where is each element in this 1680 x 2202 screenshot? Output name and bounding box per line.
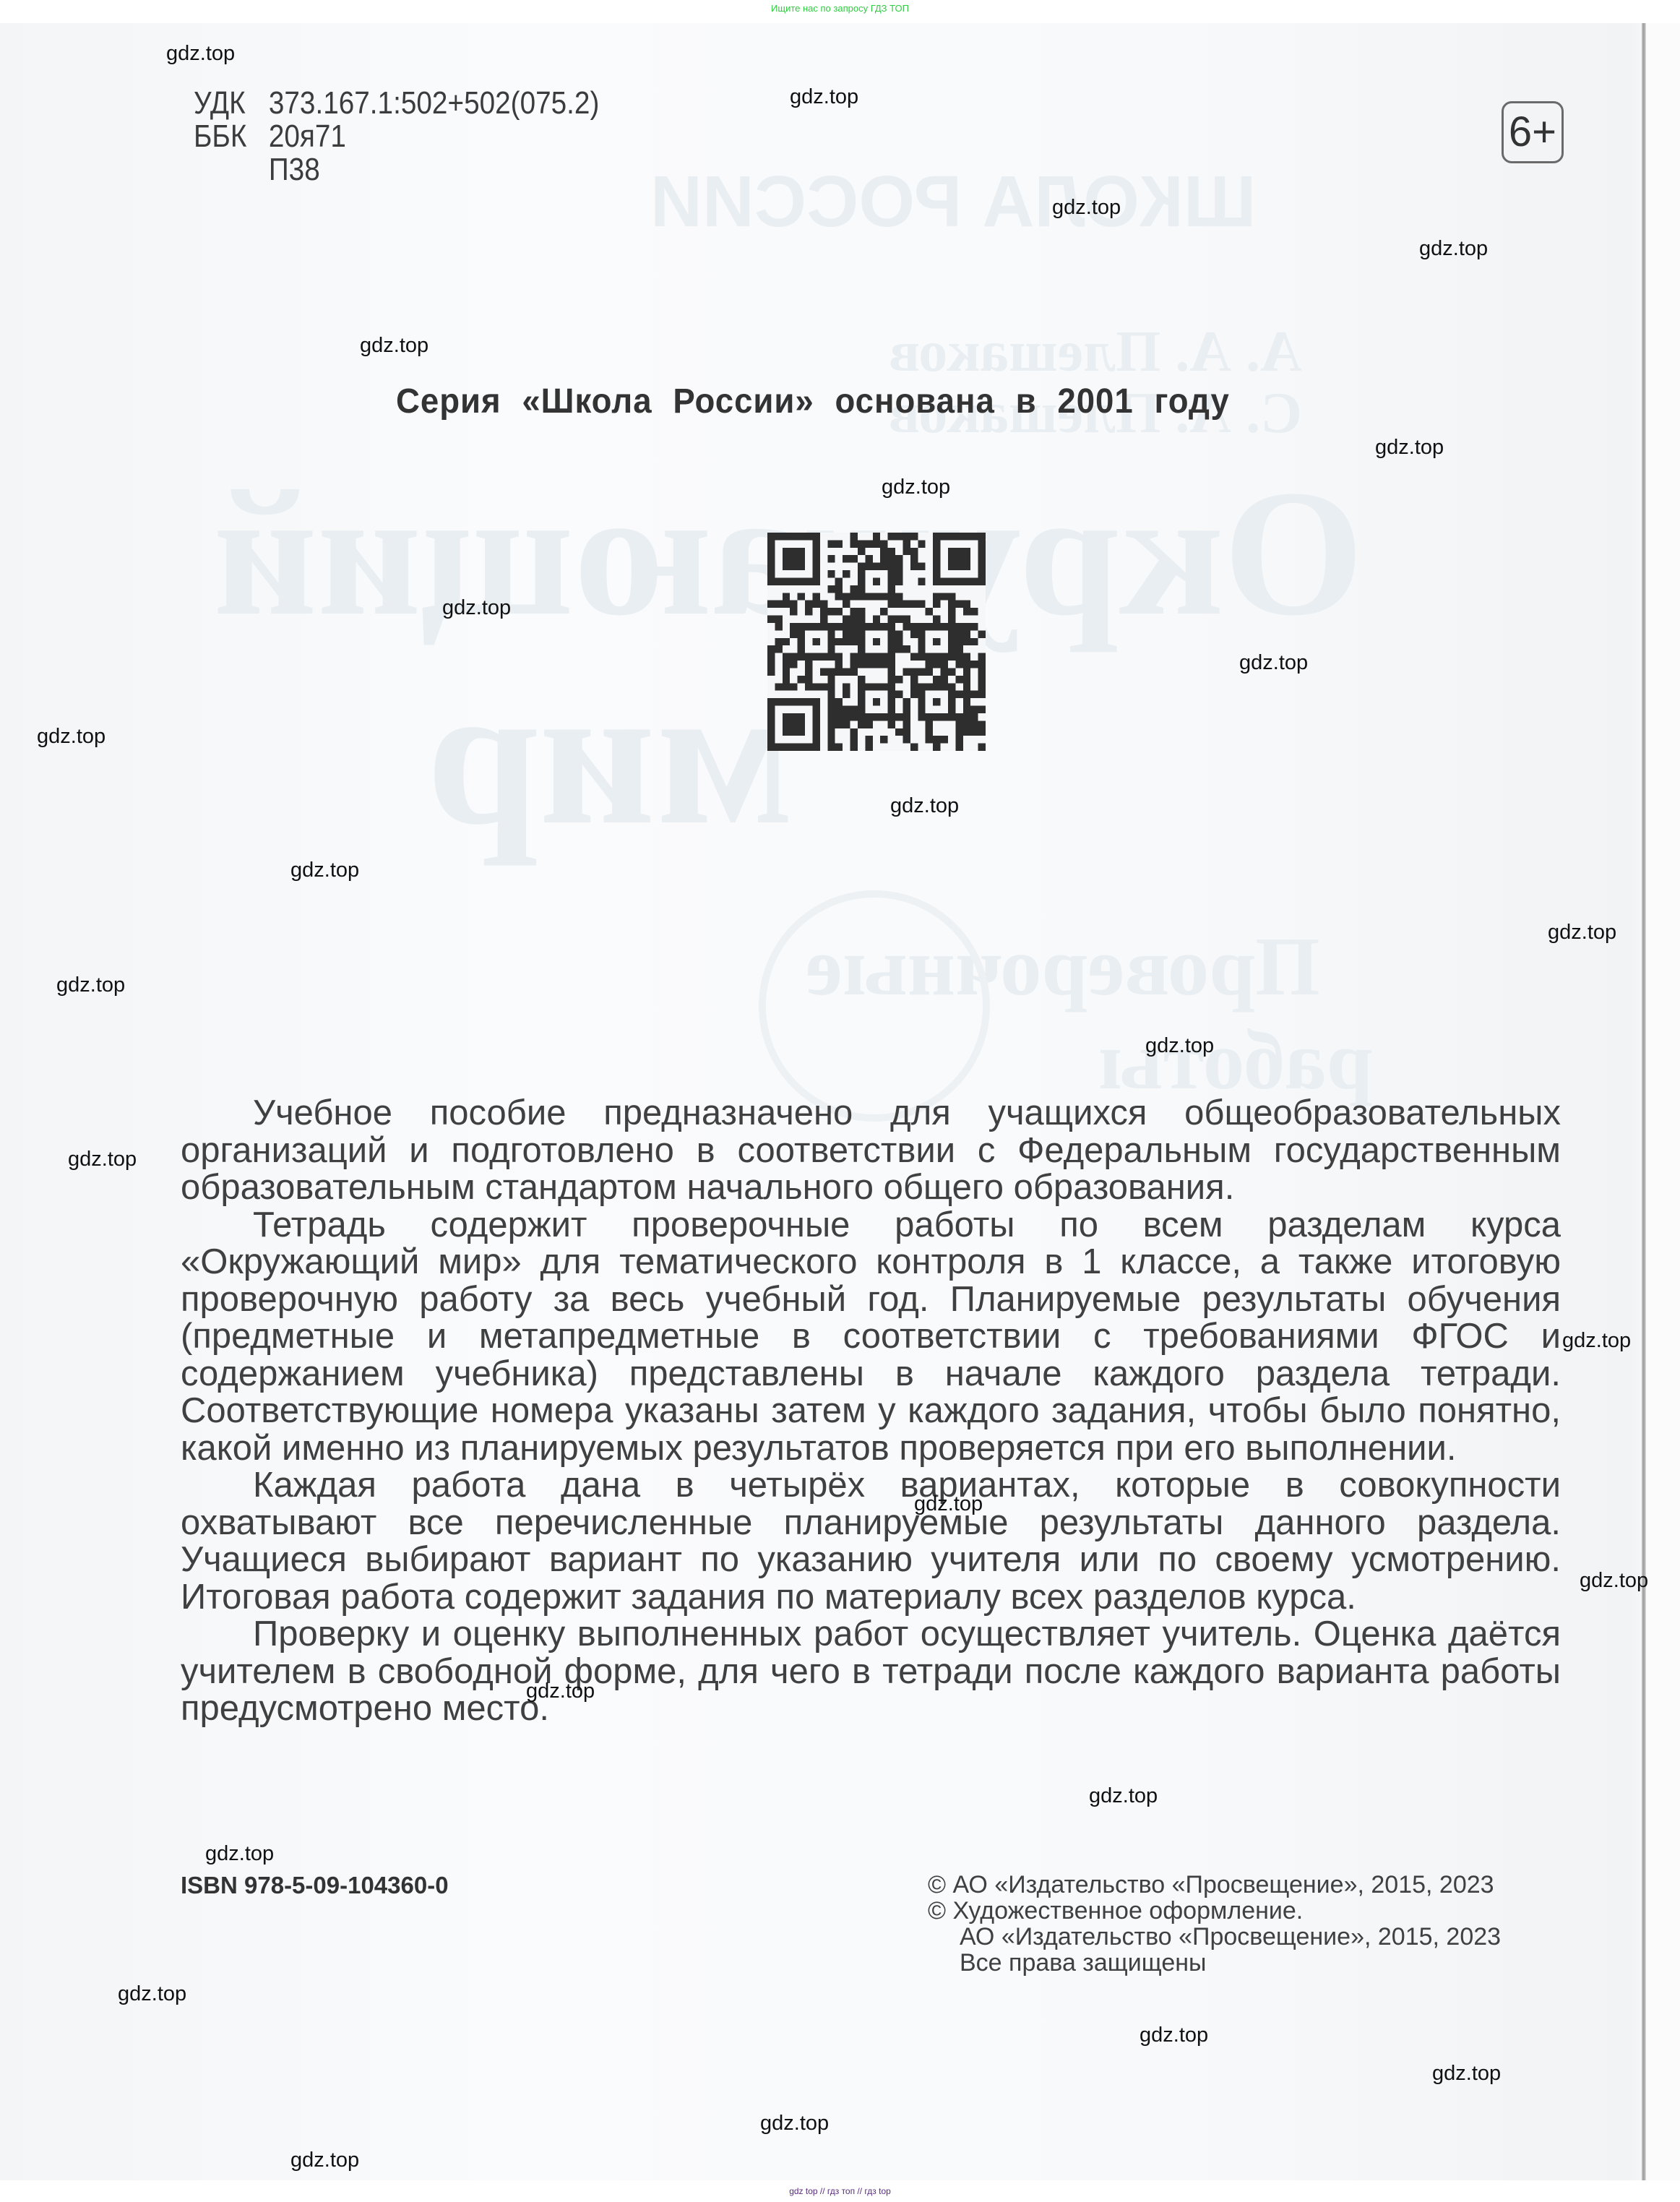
age-rating-badge: 6+ <box>1502 101 1564 163</box>
watermark: gdz.top <box>1580 1569 1648 1593</box>
watermark: gdz.top <box>1548 921 1616 945</box>
watermark: gdz.top <box>1140 2023 1208 2047</box>
watermark: gdz.top <box>882 476 950 499</box>
watermark: gdz.top <box>166 42 235 66</box>
watermark: gdz.top <box>790 85 858 109</box>
watermark: gdz.top <box>760 2112 829 2136</box>
watermark: gdz.top <box>360 334 428 358</box>
ghost-series: ШКОЛА РОССИИ <box>650 160 1256 244</box>
watermark: gdz.top <box>1239 651 1308 675</box>
paragraph: Учебное пособие предназначено для учащих… <box>181 1095 1561 1207</box>
watermark: gdz.top <box>526 1680 595 1703</box>
watermark: gdz.top <box>914 1492 983 1516</box>
series-line: Серия «Школа России» основана в 2001 год… <box>396 382 1230 421</box>
ghost-title-2: мир <box>426 637 793 871</box>
watermark: gdz.top <box>1419 237 1488 261</box>
catalog-codes: УДК373.167.1:502+502(075.2) ББК20я71 П38 <box>194 87 599 186</box>
watermark: gdz.top <box>1052 196 1121 220</box>
paragraph: Проверку и оценку выполненных работ осущ… <box>181 1616 1561 1728</box>
top-promo-banner: Ищите нас по запросу ГДЗ ТОП <box>0 3 1680 14</box>
isbn: ISBN 978-5-09-104360-0 <box>181 1872 449 1899</box>
watermark: gdz.top <box>1432 2062 1501 2086</box>
udk-row: УДК373.167.1:502+502(075.2) <box>194 87 599 120</box>
qr-code-icon[interactable] <box>767 533 986 751</box>
page-spine <box>1642 23 1646 2180</box>
annotation-text: Учебное пособие предназначено для учащих… <box>181 1095 1561 1728</box>
bbk-row: ББК20я71 <box>194 120 599 153</box>
page-edge <box>1646 23 1680 2180</box>
watermark: gdz.top <box>205 1842 274 1866</box>
watermark: gdz.top <box>1562 1329 1631 1353</box>
watermark: gdz.top <box>118 1982 186 2006</box>
bottom-promo-banner: gdz top // гдз топ // гдз top <box>0 2186 1680 2196</box>
watermark: gdz.top <box>890 794 959 818</box>
watermark: gdz.top <box>290 2149 359 2172</box>
watermark: gdz.top <box>56 973 125 997</box>
ghost-author-1: А. А. Плешаков <box>889 319 1302 385</box>
copyright-line: Все права защищены <box>928 1950 1501 1976</box>
watermark: gdz.top <box>68 1148 137 1171</box>
watermark: gdz.top <box>37 725 105 749</box>
watermark: gdz.top <box>1089 1784 1158 1808</box>
watermark: gdz.top <box>290 859 359 882</box>
copyright-line: © Художественное оформление. <box>928 1898 1501 1924</box>
copyright-line: АО «Издательство «Просвещение», 2015, 20… <box>928 1924 1501 1950</box>
ghost-emblem <box>759 890 990 1122</box>
watermark: gdz.top <box>442 596 511 620</box>
paragraph: Тетрадь содержит проверочные работы по в… <box>181 1207 1561 1468</box>
author-mark-row: П38 <box>194 153 599 186</box>
copyright-line: © АО «Издательство «Просвещение», 2015, … <box>928 1872 1501 1898</box>
copyright-block: © АО «Издательство «Просвещение», 2015, … <box>928 1872 1501 1976</box>
watermark: gdz.top <box>1375 436 1444 460</box>
paragraph: Каждая работа дана в четырёх вариантах, … <box>181 1467 1561 1616</box>
watermark: gdz.top <box>1145 1034 1214 1058</box>
